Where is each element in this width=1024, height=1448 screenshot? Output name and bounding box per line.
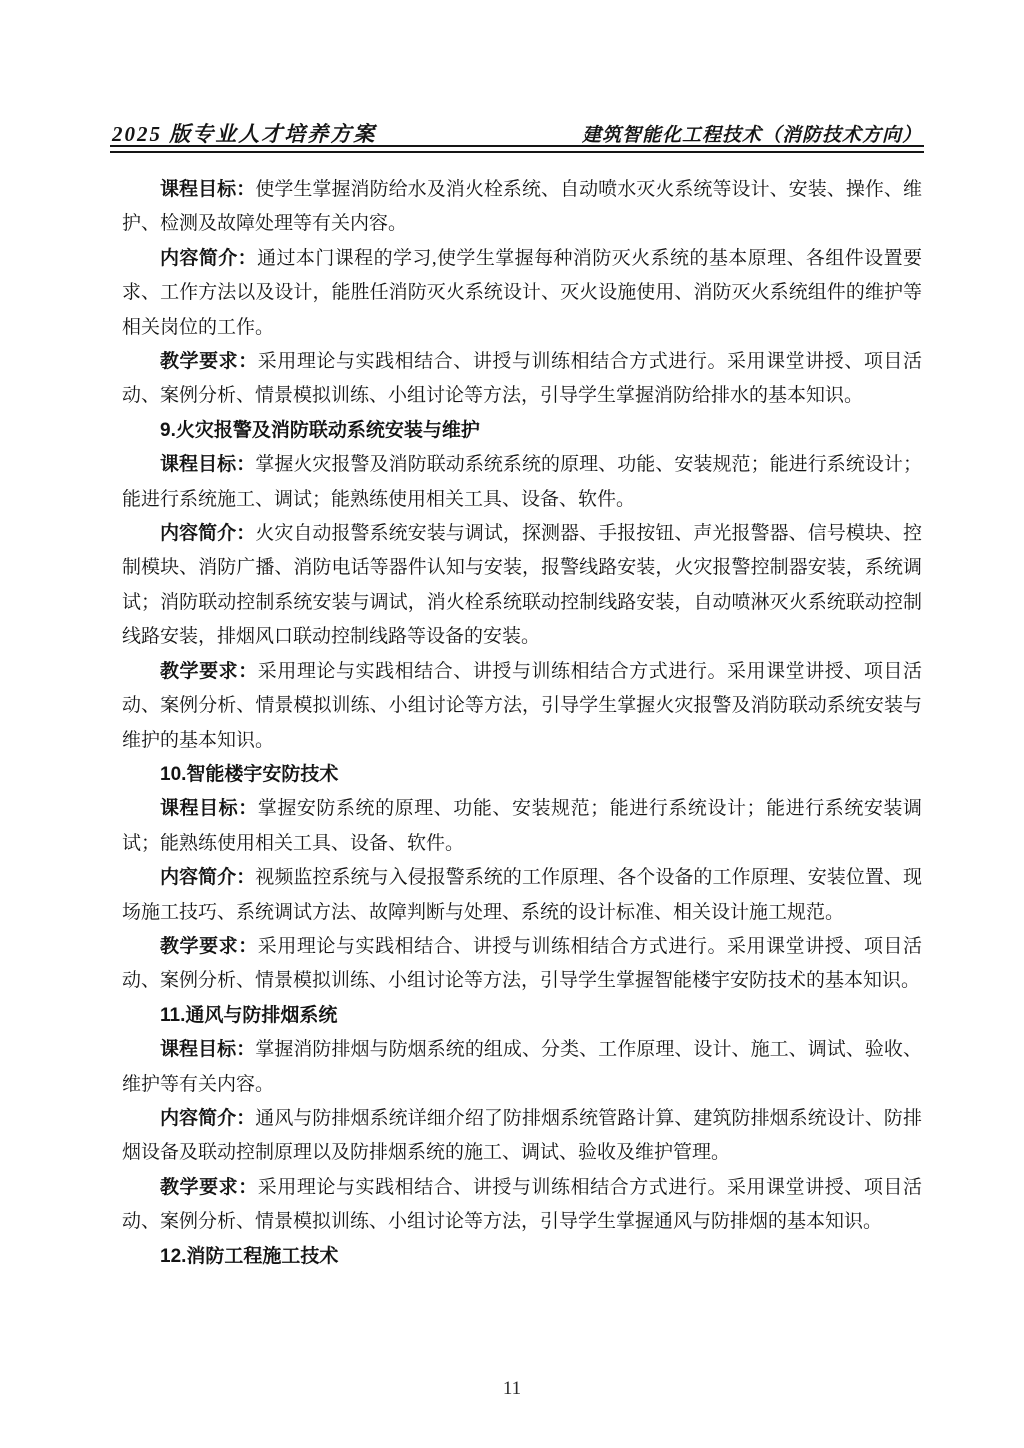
paragraph-label: 课程目标： (160, 454, 255, 475)
document-body: 课程目标：使学生掌握消防给水及消火栓系统、自动喷水灭火系统等设计、安装、操作、维… (122, 173, 922, 1274)
doc-paragraph: 教学要求：采用理论与实践相结合、讲授与训练相结合方式进行。采用课堂讲授、项目活动… (122, 345, 922, 414)
paragraph-label: 内容简介： (160, 867, 255, 888)
section-heading: 10.智能楼宇安防技术 (122, 758, 922, 792)
doc-paragraph: 内容简介：通过本门课程的学习,使学生掌握每种消防灭火系统的基本原理、各组件设置要… (122, 242, 922, 345)
header-left-title: 2025 版专业人才培养方案 (112, 118, 376, 148)
paragraph-label: 课程目标： (160, 179, 255, 200)
page-footer: 11 (0, 1378, 1024, 1400)
doc-paragraph: 教学要求：采用理论与实践相结合、讲授与训练相结合方式进行。采用课堂讲授、项目活动… (122, 1171, 922, 1240)
doc-paragraph: 课程目标：掌握火灾报警及消防联动系统系统的原理、功能、安装规范；能进行系统设计；… (122, 448, 922, 517)
paragraph-label: 内容简介： (160, 1108, 255, 1129)
page-header: 2025 版专业人才培养方案 建筑智能化工程技术（消防技术方向） (112, 118, 922, 148)
paragraph-label: 课程目标： (160, 798, 258, 819)
header-right-title: 建筑智能化工程技术（消防技术方向） (582, 120, 922, 147)
paragraph-label: 教学要求： (160, 351, 258, 372)
doc-paragraph: 内容简介：通风与防排烟系统详细介绍了防排烟系统管路计算、建筑防排烟系统设计、防排… (122, 1102, 922, 1171)
doc-paragraph: 内容简介：火灾自动报警系统安装与调试，探测器、手报按钮、声光报警器、信号模块、控… (122, 517, 922, 655)
section-heading: 9.火灾报警及消防联动系统安装与维护 (122, 414, 922, 448)
doc-paragraph: 课程目标：掌握安防系统的原理、功能、安装规范；能进行系统设计；能进行系统安装调试… (122, 792, 922, 861)
doc-paragraph: 教学要求：采用理论与实践相结合、讲授与训练相结合方式进行。采用课堂讲授、项目活动… (122, 930, 922, 999)
section-heading: 12.消防工程施工技术 (122, 1240, 922, 1274)
document-page: 2025 版专业人才培养方案 建筑智能化工程技术（消防技术方向） 课程目标：使学… (0, 0, 1024, 1448)
paragraph-label: 教学要求： (160, 936, 258, 957)
doc-paragraph: 课程目标：使学生掌握消防给水及消火栓系统、自动喷水灭火系统等设计、安装、操作、维… (122, 173, 922, 242)
doc-paragraph: 课程目标：掌握消防排烟与防烟系统的组成、分类、工作原理、设计、施工、调试、验收、… (122, 1033, 922, 1102)
doc-paragraph: 教学要求：采用理论与实践相结合、讲授与训练相结合方式进行。采用课堂讲授、项目活动… (122, 655, 922, 758)
paragraph-label: 教学要求： (160, 661, 258, 682)
page-number: 11 (503, 1378, 521, 1399)
doc-paragraph: 内容简介：视频监控系统与入侵报警系统的工作原理、各个设备的工作原理、安装位置、现… (122, 861, 922, 930)
section-heading: 11.通风与防排烟系统 (122, 999, 922, 1033)
paragraph-label: 内容简介： (160, 248, 257, 269)
paragraph-label: 课程目标： (160, 1039, 255, 1060)
header-double-rule (110, 145, 924, 153)
paragraph-label: 教学要求： (160, 1177, 258, 1198)
paragraph-label: 内容简介： (160, 523, 255, 544)
